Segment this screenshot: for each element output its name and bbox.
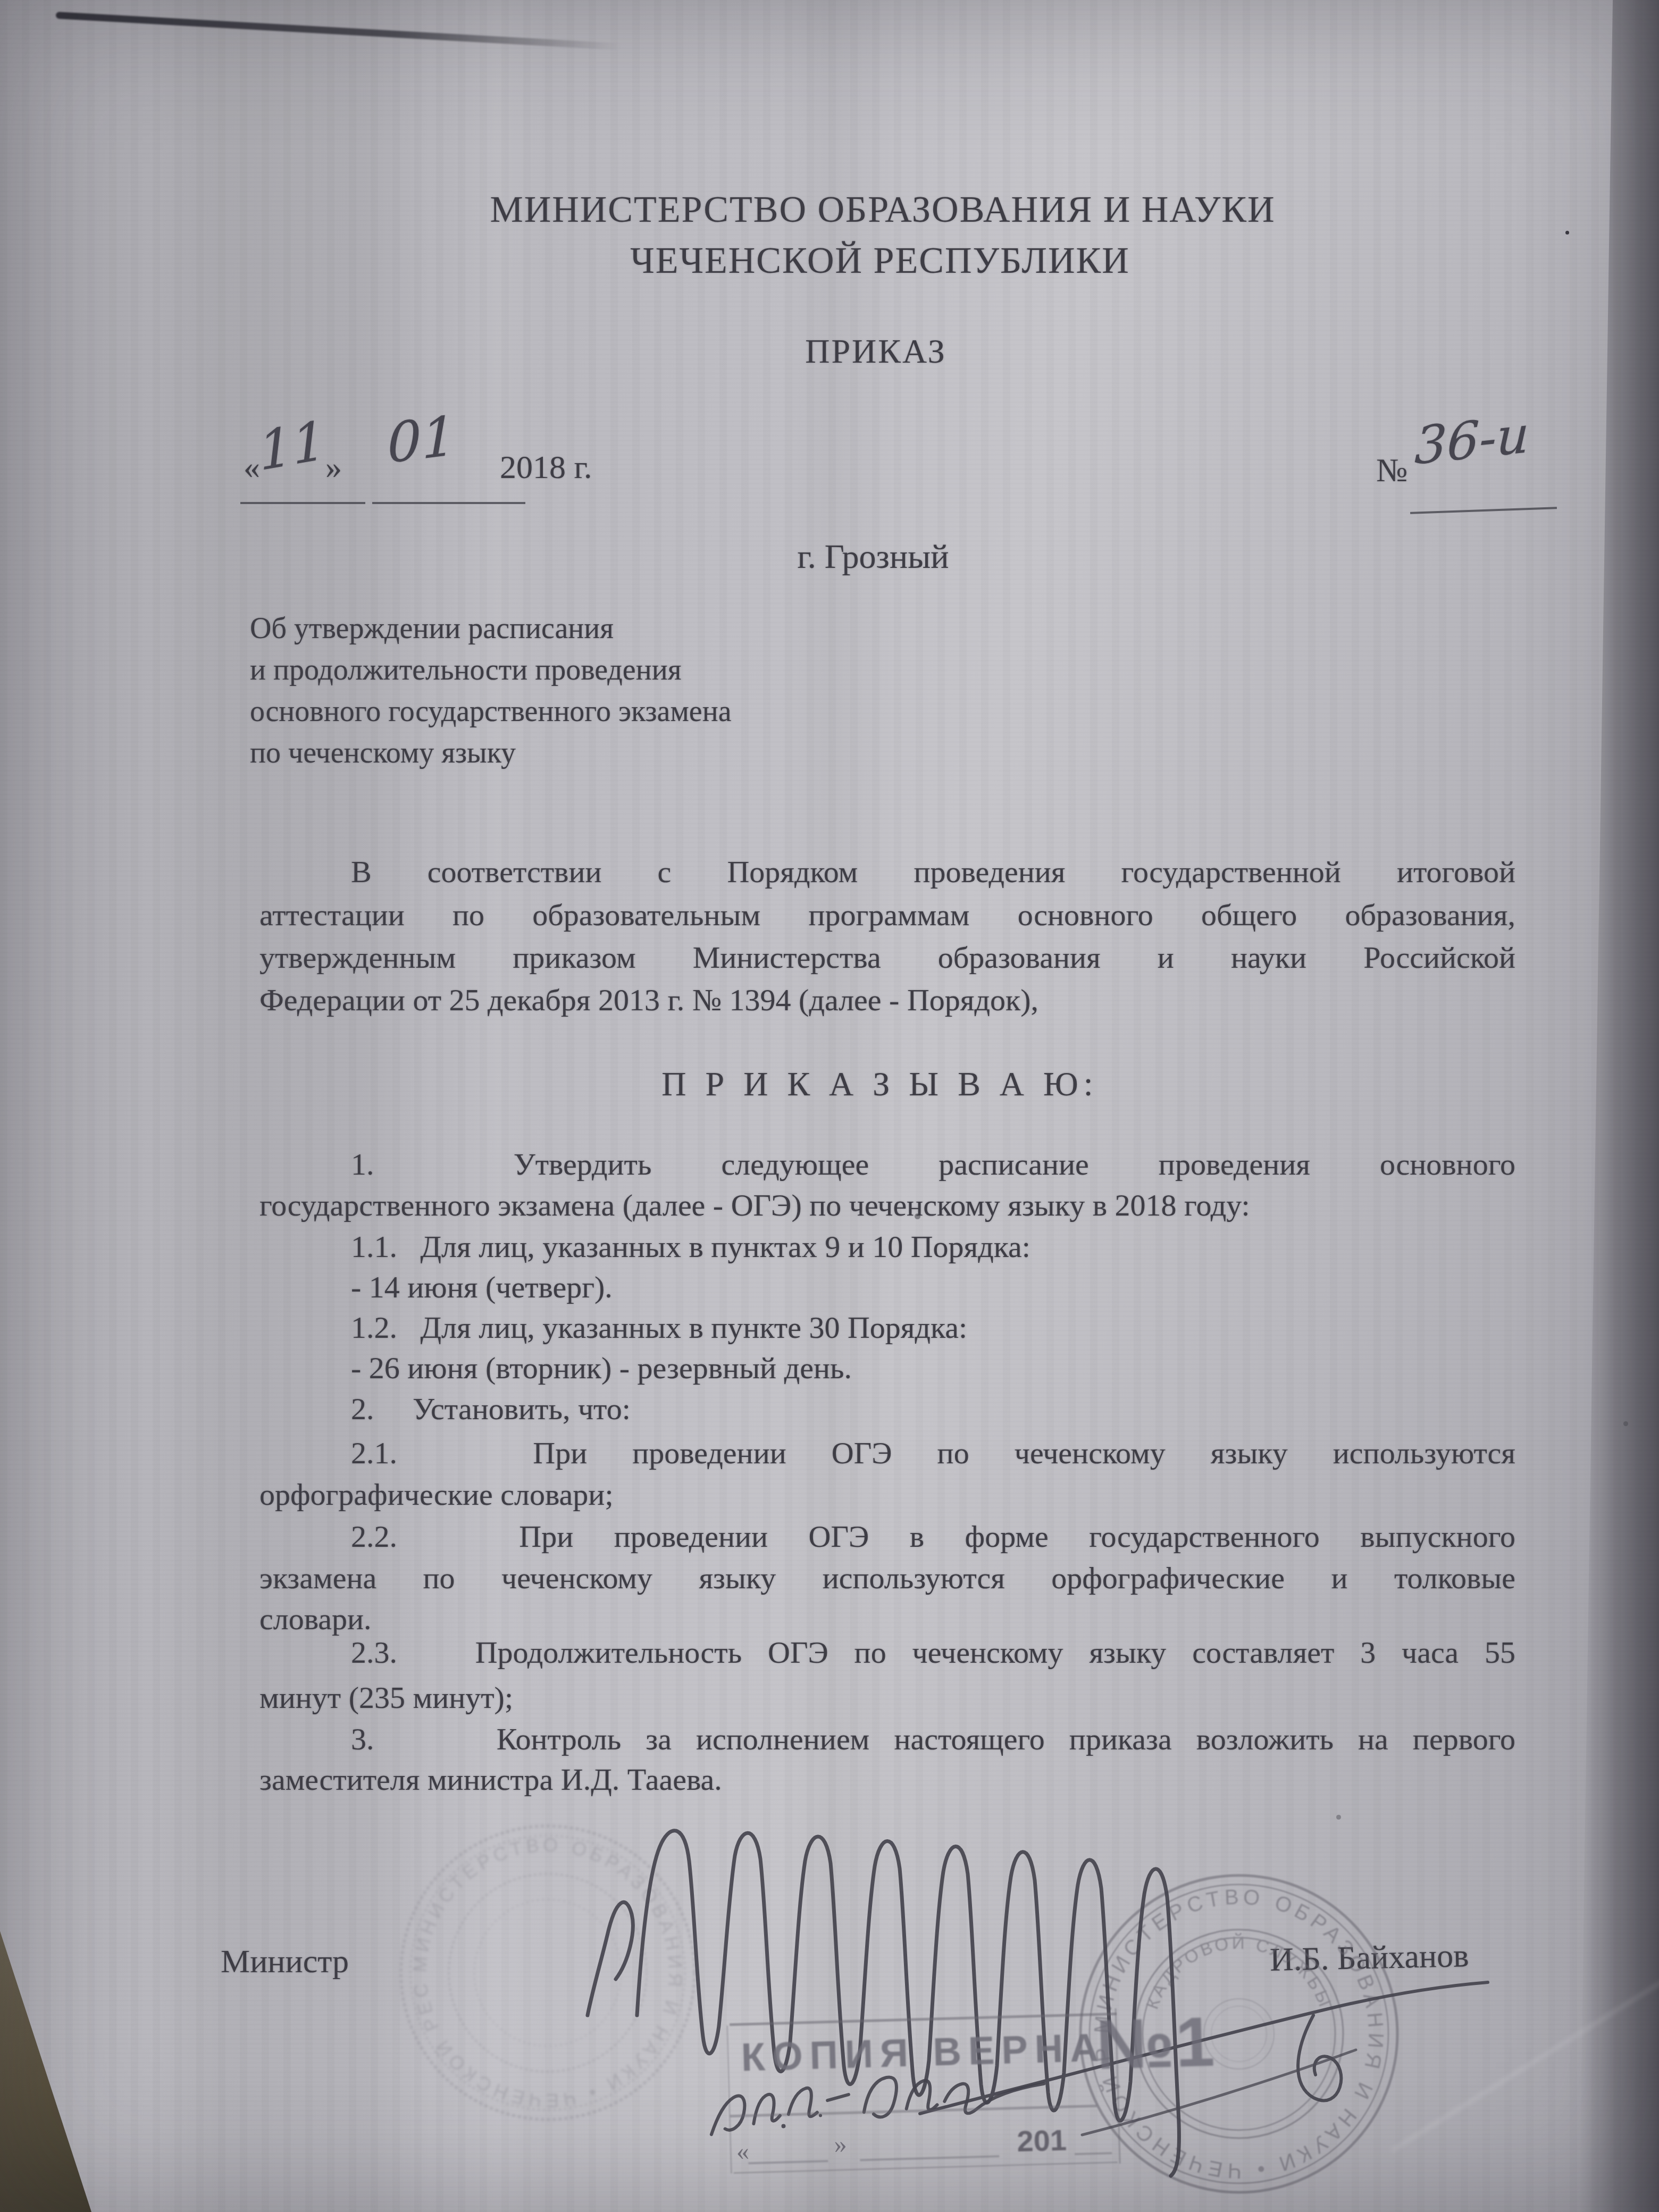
photo-scene: МИНИСТЕРСТВО ОБРАЗОВАНИЯ И НАУКИ ЧЕЧЕНСК…: [0, 0, 1659, 2212]
photo-vignette: [0, 0, 1659, 2212]
